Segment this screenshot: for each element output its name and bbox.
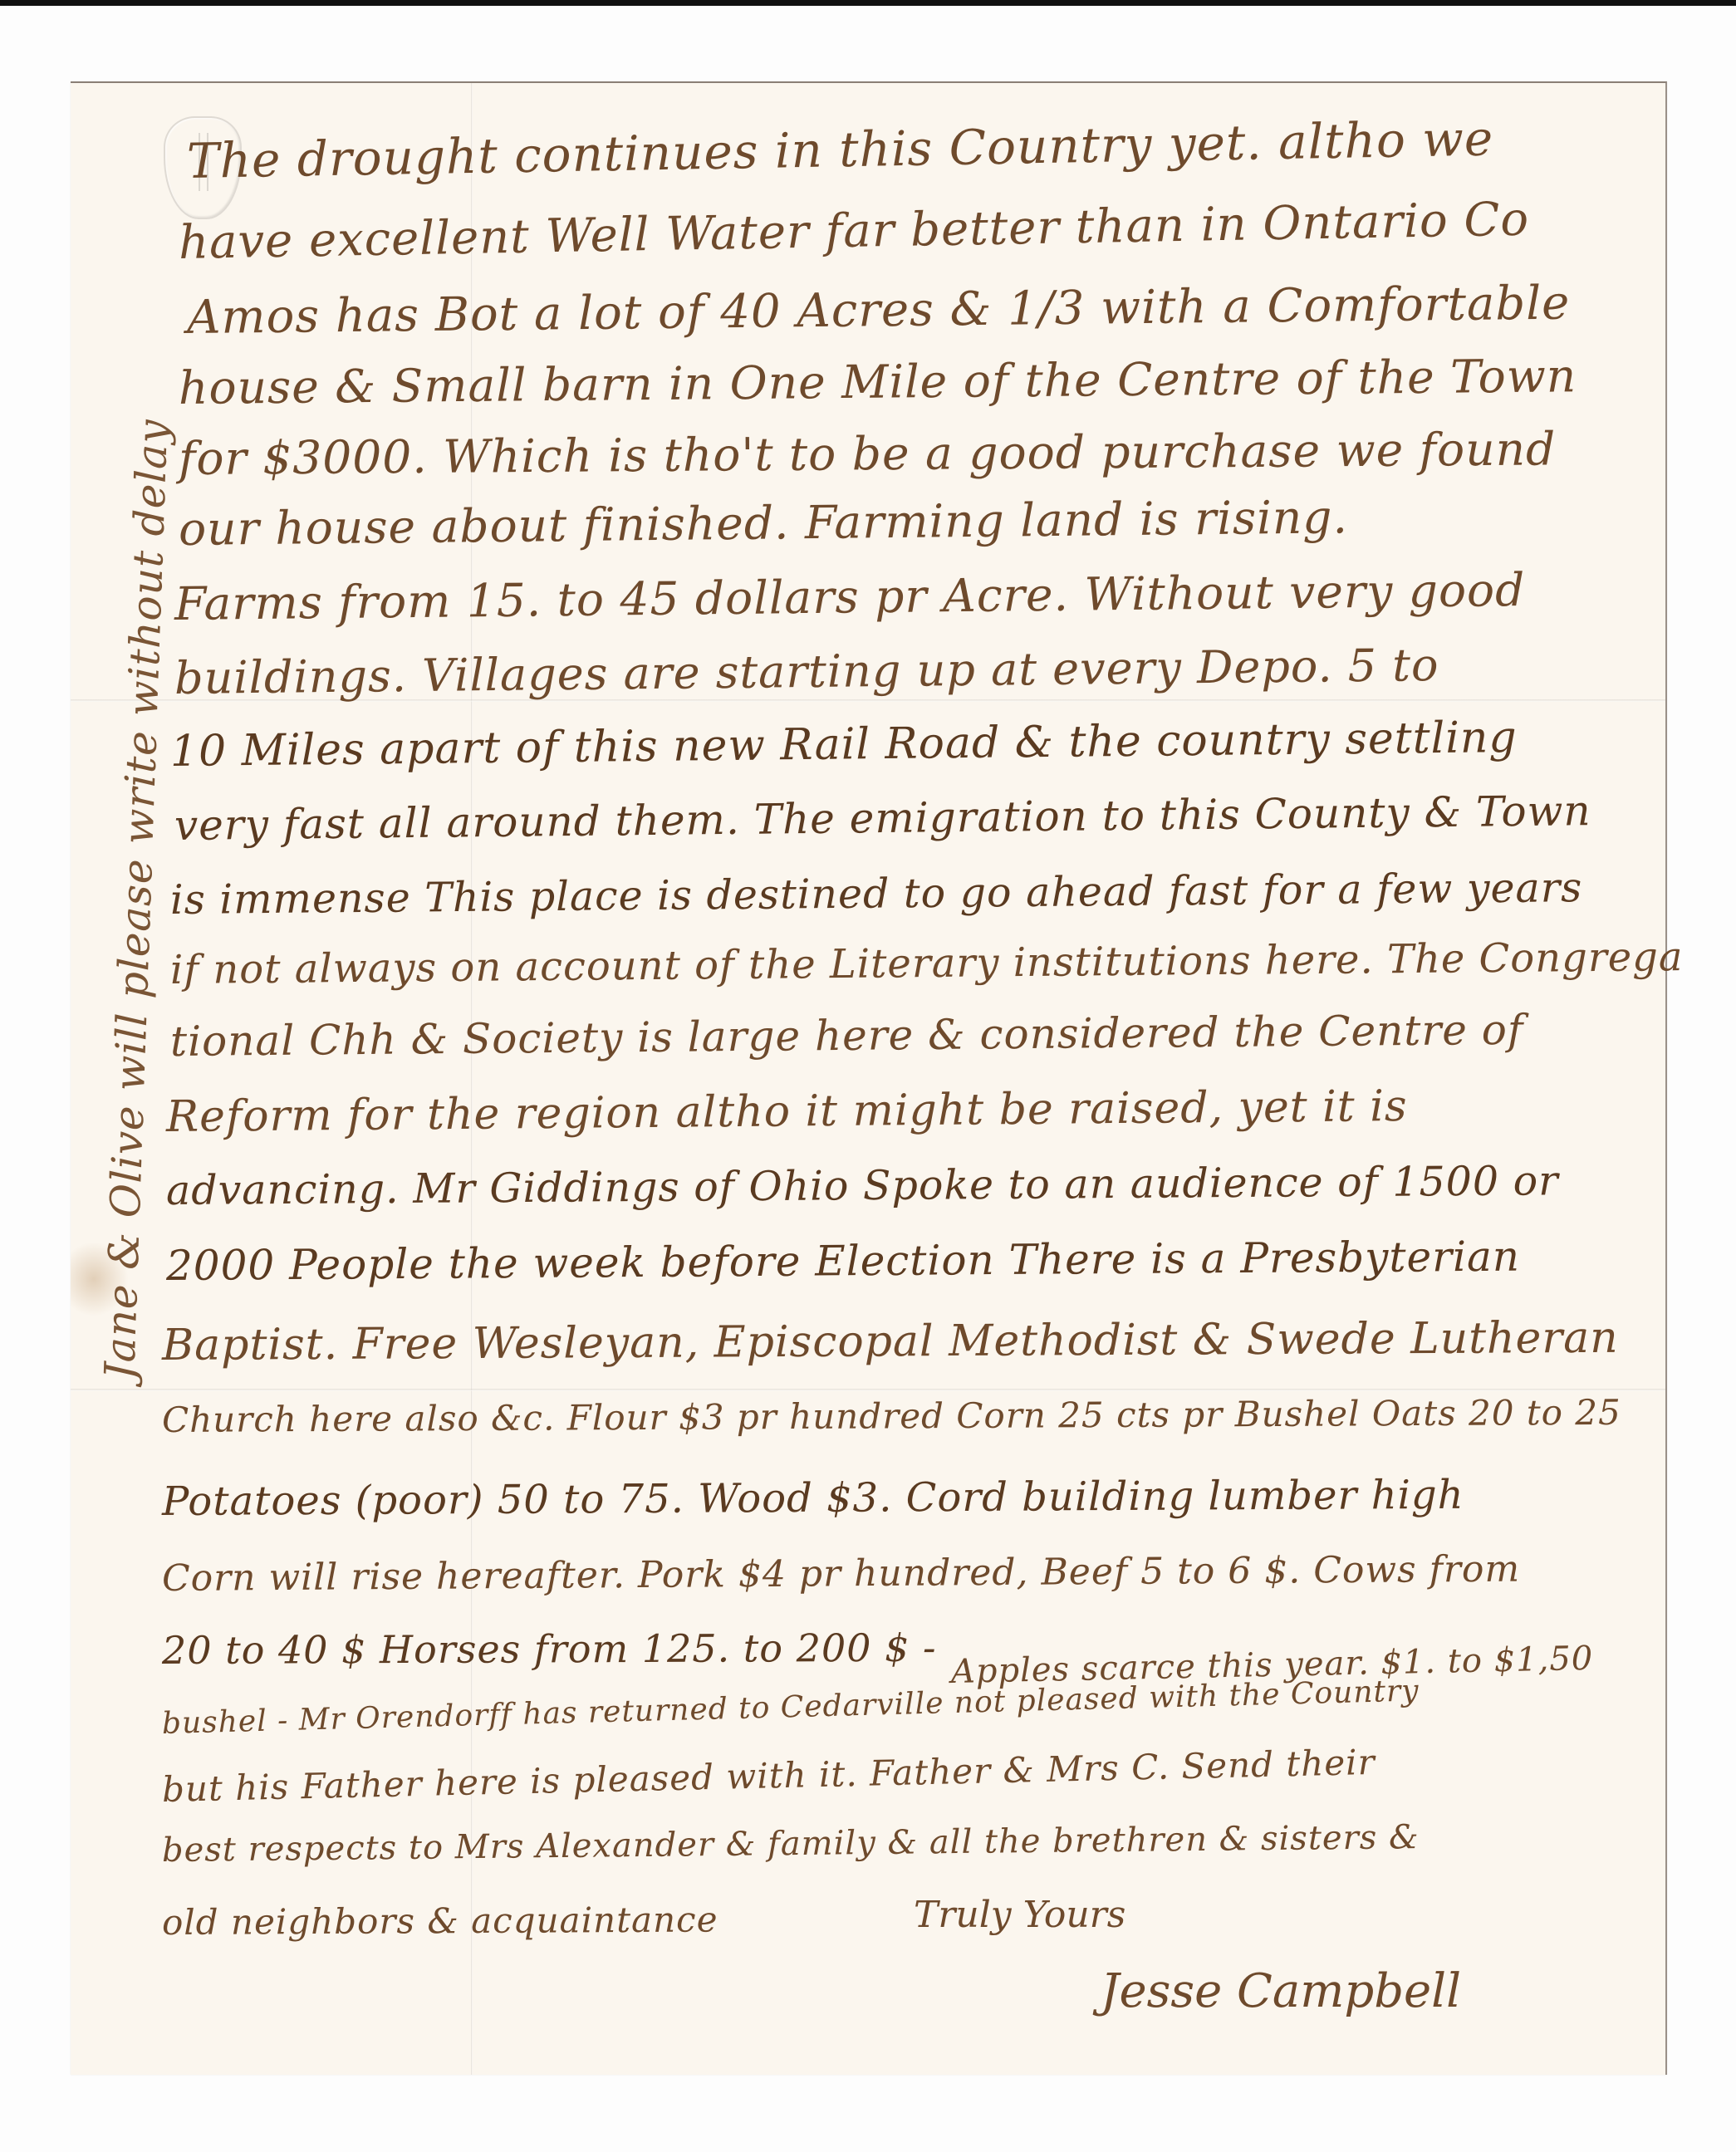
letter-line-11: is immense This place is destined to go … <box>170 864 1583 924</box>
letter-line-23: bushel - Mr Orendorff has returned to Ce… <box>161 1674 1420 1741</box>
letter-line-9: 10 Miles apart of this new Rail Road & t… <box>170 713 1518 777</box>
letter-line-13: tional Chh & Society is large here & con… <box>170 1006 1524 1066</box>
letter-line-5: for $3000. Which is tho't to be a good p… <box>179 422 1557 485</box>
letter-line-26: old neighbors & acquaintance <box>162 1899 718 1943</box>
letter-line-15: advancing. Mr Giddings of Ohio Spoke to … <box>166 1157 1559 1214</box>
signature: Jesse Campbell <box>1101 1964 1461 2018</box>
letter-line-3: Amos has Bot a lot of 40 Acres & 1/3 wit… <box>187 277 1571 345</box>
scanner-top-edge <box>0 0 1736 6</box>
letter-line-21: 20 to 40 $ Horses from 125. to 200 $ - <box>162 1625 937 1673</box>
letter-line-24: but his Father here is pleased with it. … <box>161 1742 1376 1810</box>
letter-line-8: buildings. Villages are starting up at e… <box>174 639 1439 704</box>
horizontal-fold-line-lower <box>71 1389 1665 1391</box>
letter-line-4: house & Small barn in One Mile of the Ce… <box>179 349 1577 414</box>
margin-note: Jane & Olive will please write without d… <box>96 419 177 1380</box>
letter-line-10: very fast all around them. The emigratio… <box>174 787 1591 850</box>
letter-line-17: Baptist. Free Wesleyan, Episcopal Method… <box>162 1313 1619 1370</box>
letter-line-19: Potatoes (poor) 50 to 75. Wood $3. Cord … <box>162 1472 1464 1525</box>
closing-salutation: Truly Yours <box>914 1894 1125 1936</box>
letter-line-7: Farms from 15. to 45 dollars pr Acre. Wi… <box>174 563 1526 630</box>
letter-line-16: 2000 People the week before Election The… <box>166 1233 1520 1290</box>
letter-line-25: best respects to Mrs Alexander & family … <box>162 1818 1420 1870</box>
letter-line-14: Reform for the region altho it might be … <box>166 1081 1408 1142</box>
letter-line-12: if not always on account of the Literary… <box>170 934 1684 993</box>
letter-page: Jane & Olive will please write without d… <box>71 81 1667 2075</box>
letter-line-6: our house about finished. Farming land i… <box>179 490 1349 556</box>
letter-line-18: Church here also &c. Flour $3 pr hundred… <box>162 1392 1621 1440</box>
letter-line-20: Corn will rise hereafter. Pork $4 pr hun… <box>162 1548 1521 1600</box>
letter-line-2: have excellent Well Water far better tha… <box>178 193 1529 270</box>
letter-line-1: The drought continues in this Country ye… <box>186 110 1493 189</box>
